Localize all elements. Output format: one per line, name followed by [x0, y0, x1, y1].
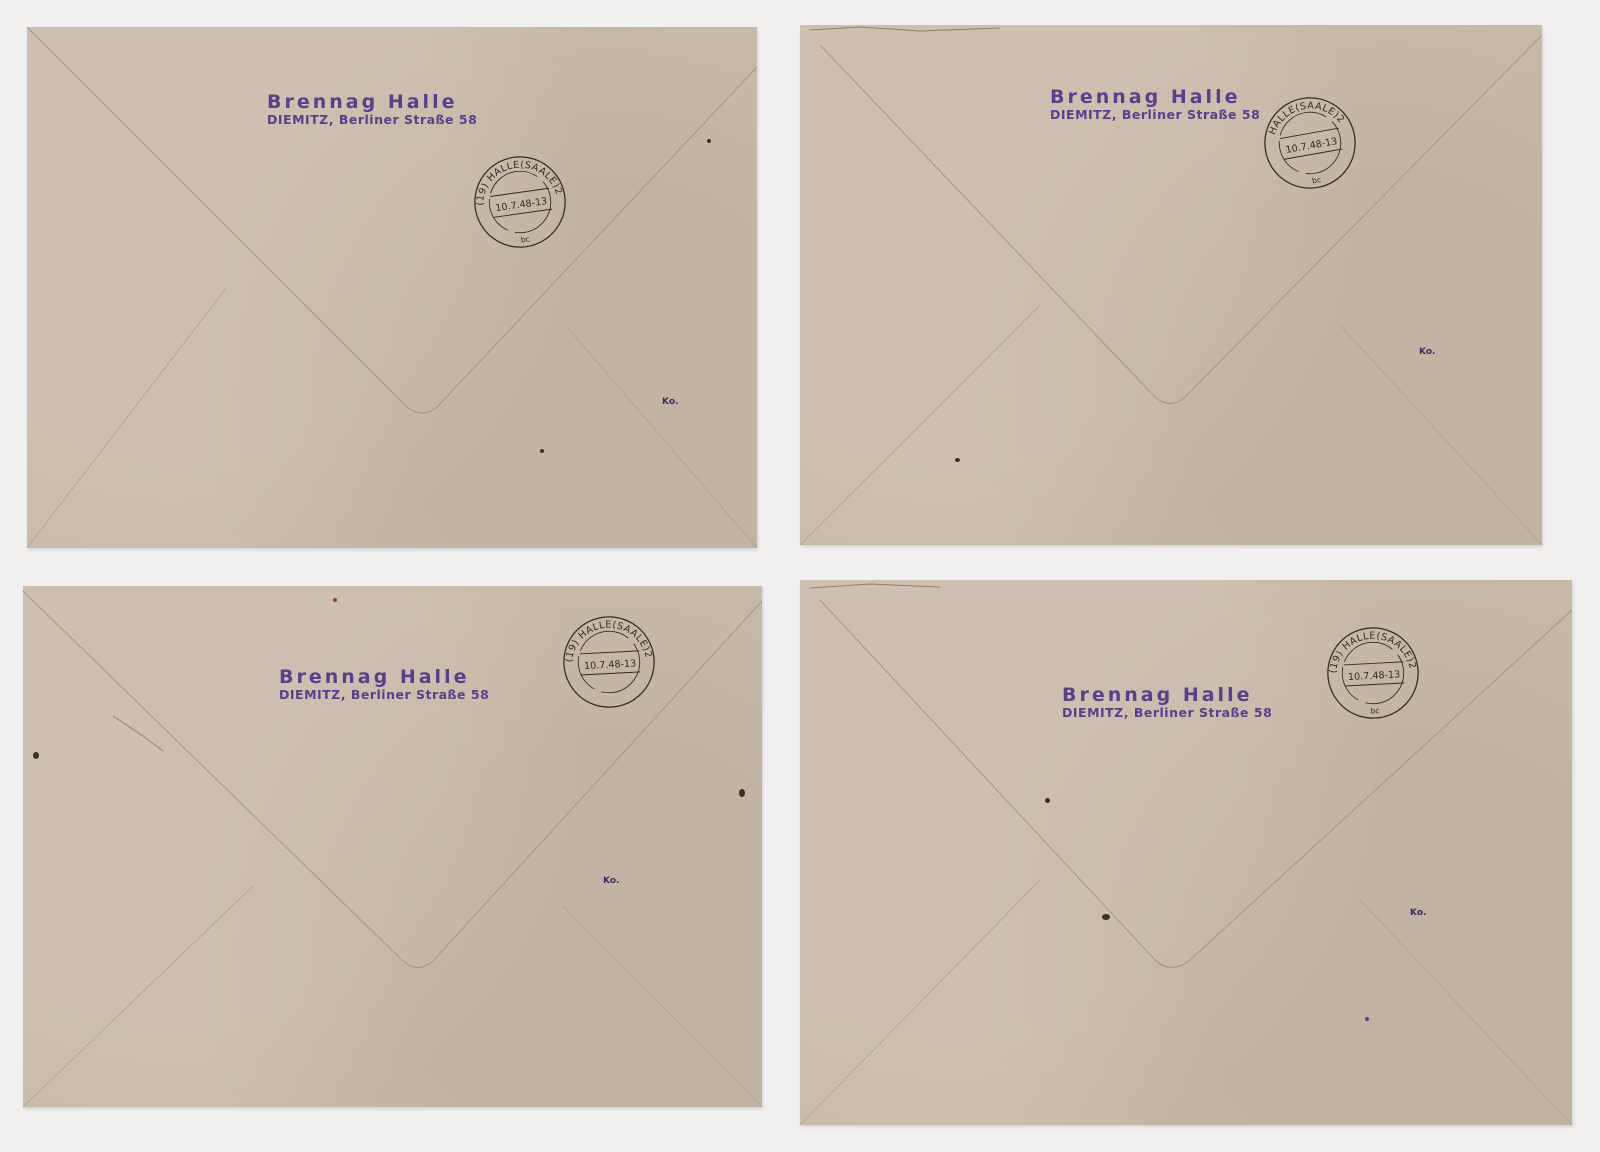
speck [1045, 798, 1050, 803]
postmark: (19) HALLE(SAALE)2 10.7.48-13 bc [1323, 623, 1424, 724]
initials-mark: Ko. [1410, 908, 1426, 918]
svg-text:(19) HALLE(SAALE)2: (19) HALLE(SAALE)2 [562, 617, 654, 663]
sender-name: Brennag Halle [279, 666, 489, 688]
speck [333, 598, 337, 602]
postmark-circle: (19) HALLE(SAALE)2 10.7.48-13 bc [466, 148, 574, 256]
sender-stamp: Brennag Halle DIEMITZ, Berliner Straße 5… [267, 91, 477, 127]
svg-text:10.7.48-13: 10.7.48-13 [495, 196, 548, 214]
svg-text:bc: bc [1311, 175, 1322, 185]
svg-text:10.7.48-13: 10.7.48-13 [1285, 136, 1338, 156]
sender-name: Brennag Halle [1050, 86, 1260, 108]
sender-address: DIEMITZ, Berliner Straße 58 [1050, 107, 1260, 122]
initials-mark: Ko. [1419, 347, 1435, 357]
initials-mark: Ko. [603, 876, 619, 886]
postmark-circle: (19) HALLE(SAALE)2 10.7.48-13 [559, 612, 660, 713]
postmark-circle: HALLE(SAALE)2 10.7.48-13 bc [1254, 87, 1365, 198]
svg-text:10.7.48-13: 10.7.48-13 [1348, 669, 1401, 683]
svg-text:10.7.48-13: 10.7.48-13 [584, 658, 637, 672]
sender-address: DIEMITZ, Berliner Straße 58 [1062, 705, 1272, 720]
sender-name: Brennag Halle [1062, 684, 1272, 706]
sender-stamp: Brennag Halle DIEMITZ, Berliner Straße 5… [279, 666, 489, 702]
sender-stamp: Brennag Halle DIEMITZ, Berliner Straße 5… [1062, 684, 1272, 720]
envelope-top-right: Brennag Halle DIEMITZ, Berliner Straße 5… [800, 25, 1542, 545]
speck [955, 458, 960, 462]
postmark: (19) HALLE(SAALE)2 10.7.48-13 bc [466, 148, 574, 256]
sender-stamp: Brennag Halle DIEMITZ, Berliner Straße 5… [1050, 86, 1260, 122]
envelope-flap-lines [800, 580, 1572, 1125]
envelope-bottom-left: Brennag Halle DIEMITZ, Berliner Straße 5… [23, 586, 762, 1107]
envelope-bottom-right: Brennag Halle DIEMITZ, Berliner Straße 5… [800, 580, 1572, 1125]
sender-name: Brennag Halle [267, 91, 477, 113]
speck [707, 139, 711, 143]
sender-address: DIEMITZ, Berliner Straße 58 [267, 112, 477, 127]
svg-text:bc: bc [1370, 706, 1380, 715]
speck [33, 752, 39, 759]
postmark-circle: (19) HALLE(SAALE)2 10.7.48-13 bc [1323, 623, 1424, 724]
speck [1365, 1017, 1369, 1021]
postmark: (19) HALLE(SAALE)2 10.7.48-13 [559, 612, 660, 713]
speck [1102, 914, 1110, 920]
svg-text:HALLE(SAALE)2: HALLE(SAALE)2 [1263, 94, 1348, 138]
sender-address: DIEMITZ, Berliner Straße 58 [279, 687, 489, 702]
speck [540, 449, 544, 453]
postmark: HALLE(SAALE)2 10.7.48-13 bc [1254, 87, 1365, 198]
svg-text:bc: bc [520, 234, 530, 244]
envelope-top-left: Brennag Halle DIEMITZ, Berliner Straße 5… [27, 27, 757, 548]
initials-mark: Ko. [662, 397, 678, 407]
svg-text:(19) HALLE(SAALE)2: (19) HALLE(SAALE)2 [1326, 628, 1418, 674]
speck [739, 789, 745, 797]
